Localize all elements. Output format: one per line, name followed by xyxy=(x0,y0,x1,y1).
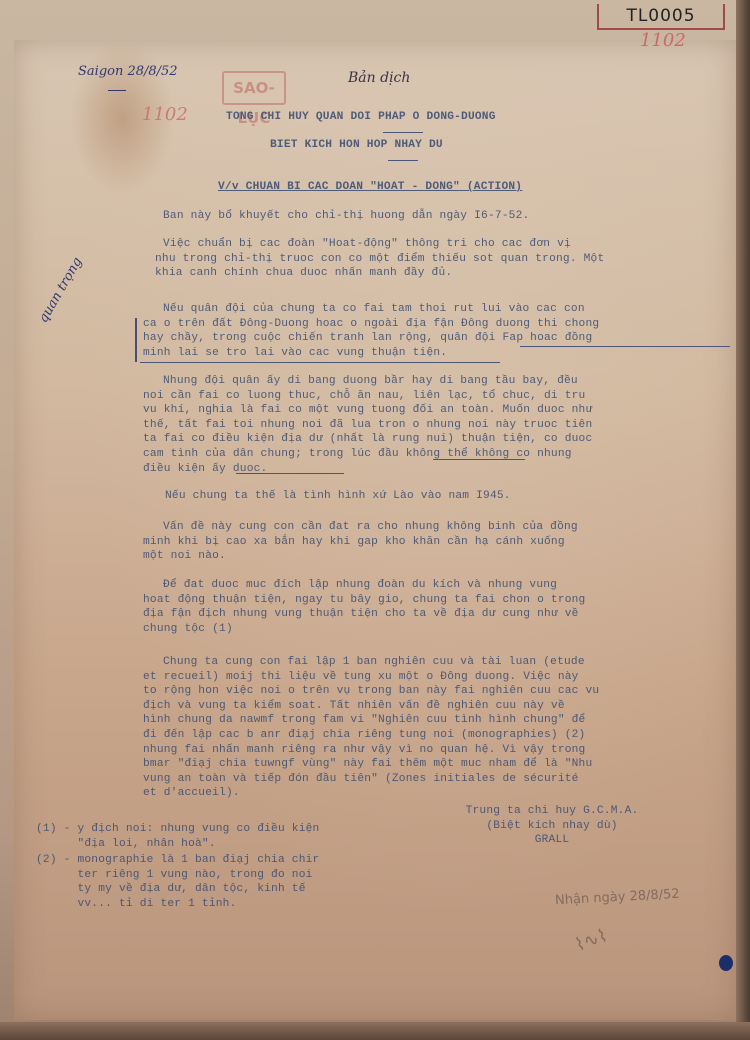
footnote-line: ter riêng 1 vung nào, trong đo noi xyxy=(36,868,319,883)
underline-dan-chung xyxy=(236,473,344,474)
header-line-2: BIET KICH HON HOP NHAY DU xyxy=(270,138,443,153)
p4-line: noi cần fai co luong thuc, chỗ ăn nau, l… xyxy=(143,389,592,404)
p8-line: Chung ta cung con fai lập 1 ban nghiên c… xyxy=(143,655,599,670)
underline-rung-nui xyxy=(433,459,525,460)
p7-line: Để đat duoc muc đích lập nhung đoàn du k… xyxy=(143,578,585,593)
ink-spot xyxy=(719,955,733,971)
p8-line: địch và vung ta kiểm soat. Tất nhiên vấn… xyxy=(143,699,599,714)
p8-line: to rộng hon việc noi o trên vụ trong ban… xyxy=(143,684,599,699)
paragraph-3: Nếu quân đội của chung ta co fai tam tho… xyxy=(143,302,599,360)
handwritten-place-date: Saigon 28/8/52 xyxy=(78,64,178,79)
footnote-line: (2) - monographie là 1 ban điạj chia chi… xyxy=(36,853,319,868)
p4-line: điều kiện ấy duoc. xyxy=(143,462,592,477)
p8-line: vung an toàn và tiếp đón đầu tiên" (Zone… xyxy=(143,772,599,787)
p8-line: đi đến lập cac b anr điạj chia riêng tun… xyxy=(143,728,599,743)
sao-luc-stamp: SAO-LỤC xyxy=(222,71,286,105)
footnote-line: "địa loi, nhân hoà". xyxy=(36,837,319,852)
p7-line: địa fận địch nhung vung thuận tiện cho t… xyxy=(143,607,585,622)
underline-p3b xyxy=(140,362,500,363)
p8-line: et recueil) moij thi liệu về tung xu một… xyxy=(143,670,599,685)
footnote-2: (2) - monographie là 1 ban điạj chia chi… xyxy=(36,853,319,911)
p2-line: nhu trong chỉ-thị truoc con co một điểm … xyxy=(155,252,604,267)
p4-line: Nhung đội quân ấy di bang duong bầr hay … xyxy=(143,374,592,389)
paragraph-4: Nhung đội quân ấy di bang duong bầr hay … xyxy=(143,374,592,476)
date-underline xyxy=(108,90,126,91)
paragraph-2: Việc chuẩn bị cac đoàn "Hoat-động" thông… xyxy=(155,237,604,281)
p6-line: minh khi bị cao xa bắn hay khi gap kho k… xyxy=(143,535,578,550)
p3-line: Nếu quân đội của chung ta co fai tam tho… xyxy=(143,302,599,317)
margin-bracket xyxy=(135,318,139,362)
p7-line: hoat động thuận tiện, ngay tu bây gio, c… xyxy=(143,593,585,608)
footnote-line: vv... tỉ di ter 1 tỉnh. xyxy=(36,897,319,912)
p7-line: chung tộc (1) xyxy=(143,622,585,637)
p8-line: bmar "điạj chia tuwngf vùng" này fai thê… xyxy=(143,757,599,772)
header-divider xyxy=(383,132,423,133)
signature-title: Trung ta chi huy G.C.M.A. xyxy=(432,804,672,819)
p2-line: khia canh chính chua duoc nhấn manh đầy … xyxy=(155,266,604,281)
signature-name: GRALL xyxy=(432,833,672,848)
header-divider-2 xyxy=(388,160,418,161)
p3-line: minh lai se tro lai vào cac vung thuận t… xyxy=(143,346,599,361)
p4-line: vu khí, nghia là fai co một vung tuong đ… xyxy=(143,403,592,418)
red-number-top: 1102 xyxy=(640,30,686,51)
signature-block: Trung ta chi huy G.C.M.A. (Biệt kích nha… xyxy=(432,804,672,848)
p3-line: ca o trên đất Đông-Duong hoac o ngoài đị… xyxy=(143,317,599,332)
footnote-1: (1) - y địch noi: nhung vung co điều kiệ… xyxy=(36,822,319,851)
p2-line: Việc chuẩn bị cac đoàn "Hoat-động" thông… xyxy=(155,237,604,252)
subject-line: V/v CHUAN BI CAC DOAN "HOAT - DONG" (ACT… xyxy=(218,180,522,195)
p4-line: thế, tất fai toi nhung noi đã lua tron o… xyxy=(143,418,592,433)
p8-line: nhung fai nhấn manh riêng ra như vậy vì … xyxy=(143,743,599,758)
footnote-line: (1) - y địch noi: nhung vung co điều kiệ… xyxy=(36,822,319,837)
p8-line: hình chung da nawmf trong fam vi "Nghiên… xyxy=(143,713,599,728)
reference-code-box: TL0005 xyxy=(597,4,725,30)
signature-unit: (Biệt kích nhay dù) xyxy=(432,819,672,834)
paragraph-5: Nếu chung ta thế là tình hình xứ Lào vào… xyxy=(165,489,511,504)
p6-line: Vấn đề này cung con cần đat ra cho nhung… xyxy=(143,520,578,535)
handwritten-title: Bản dịch xyxy=(348,70,410,86)
p6-line: một noi nào. xyxy=(143,549,578,564)
red-number-left: 1102 xyxy=(142,104,188,125)
paragraph-8: Chung ta cung con fai lập 1 ban nghiên c… xyxy=(143,655,599,801)
bottom-edge-shadow xyxy=(0,1022,750,1040)
p8-line: et d'accueil). xyxy=(143,786,599,801)
right-edge-shadow xyxy=(736,0,750,1040)
p4-line: ta fai co điều kiện địa dư (nhất là rung… xyxy=(143,432,592,447)
header-line-1: TONG CHI HUY QUAN DOI PHAP O DONG-DUONG xyxy=(226,110,496,125)
footnote-line: ty my về địa dư, dân tộc, kinh tế xyxy=(36,882,319,897)
p3-line: hay chầy, trong cuộc chiến tranh lan rộn… xyxy=(143,331,599,346)
underline-p3a xyxy=(520,346,730,347)
paragraph-6: Vấn đề này cung con cần đat ra cho nhung… xyxy=(143,520,578,564)
paragraph-1: Ban này bổ khuyết cho chỉ-thị huong dẫn … xyxy=(163,209,529,224)
paragraph-7: Để đat duoc muc đích lập nhung đoàn du k… xyxy=(143,578,585,636)
